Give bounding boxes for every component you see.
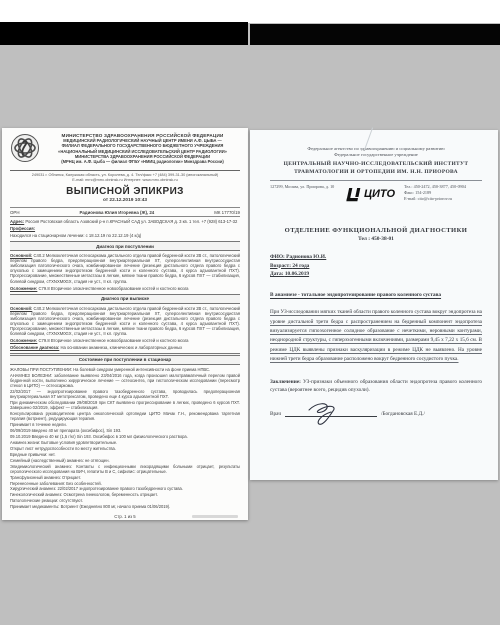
patient-date-line: Дата: 10.06.2019: [270, 270, 482, 278]
discharge-complication: Осложнение: С79.8 Вторичное злокачествен…: [10, 338, 240, 343]
complication-label: Осложнение:: [10, 286, 37, 291]
state-line: Вредные привычки: нет.: [10, 452, 240, 457]
fine-print-smudge: [192, 515, 238, 518]
doctor-name: /Богдановская Е.Д./: [381, 411, 425, 417]
record-number: МК 17770/19: [214, 210, 240, 215]
state-line: Принимает медикаменты: Вотриент (Ежеднев…: [10, 504, 240, 509]
patient-age-line: Возраст: 24 года: [270, 262, 482, 270]
left-doc-header: МИНИСТЕРСТВО ЗДРАВООХРАНЕНИЯ РОССИЙСКОЙ …: [10, 133, 240, 168]
agency-line-2: Федеральное государственное учреждение: [270, 152, 482, 158]
state-line: 09.10.2019 Введено 40 мг (1,5 г/кг) Sin …: [10, 434, 240, 439]
admission-main-diagnosis: Основной: С40.2 Мелкоклеточная остеосарк…: [10, 253, 240, 283]
profession-line: Профессия:: [10, 226, 240, 231]
justification-label: Обоснование диагноза:: [10, 345, 59, 350]
main-text: С40.2 Мелкоклеточная остеосаркома дистал…: [10, 253, 240, 283]
fio-value: Радионова Ю.И.: [286, 254, 326, 260]
cito-logo-icon: ЦИТО: [342, 184, 404, 211]
section-discharge-diagnosis: Диагноз при выписке: [10, 294, 240, 304]
org-line: (МРНЦ им. А.Ф. Цыба — филиал ФГБУ «НМИЦ …: [45, 159, 240, 164]
patient-info: ФИО: Радионова Ю.И. Возраст: 24 года Дат…: [270, 253, 482, 278]
handwritten-signature-icon: [303, 400, 363, 426]
age-value: 24 года: [292, 263, 309, 269]
state-line: АНАМНЕЗ БОЛЕЗНИ: заболевание выявлено 23…: [10, 373, 240, 388]
page-footer: Стр. 1 из 5: [10, 514, 240, 519]
letterhead-rule: [10, 170, 240, 171]
section-admission-state: Состояние при поступлении в стационар: [10, 353, 240, 365]
department-title: ОТДЕЛЕНИЕ ФУНКЦИОНАЛЬНОЙ ДИАГНОСТИКИ: [270, 227, 482, 234]
top-white-strip: [0, 0, 500, 23]
scan-black-bar-right: [250, 24, 500, 45]
state-line: Перенесенные заболевания: Без особенност…: [10, 481, 240, 486]
patient-fio-line: ФИО: Радионова Ю.И.: [270, 253, 482, 261]
date-value: 10.06.2019: [285, 271, 309, 277]
state-line: Эпидемиологический анамнез: Контакты с и…: [10, 464, 240, 474]
scan-black-bar-left: [0, 22, 248, 45]
institute-rule: [270, 180, 482, 181]
department-phone: Тел : 450-38-01: [270, 236, 482, 242]
state-line: Семейный (наследственный) анамнез: не от…: [10, 458, 240, 463]
state-line: 22/02/2017 — эндопротезирование правого …: [10, 389, 240, 399]
complication-label: Осложнение:: [10, 338, 37, 343]
discharge-main-diagnosis: Основной: С40.2 Мелкоклеточная остеосарк…: [10, 306, 240, 336]
contact-row: 127299, Москва, ул. Приорова, д. 10 ЦИТО…: [270, 184, 482, 211]
patient-row: ОРН Радионова Юлия Игоревна (Ж), 24 МК 1…: [10, 207, 240, 217]
radiology-center-emblem-icon: [10, 133, 40, 168]
anamnesis-line: В анамнезе - тотальное эндопротезировани…: [270, 292, 482, 298]
cito-ultrasound-report-page: Федеральное агентство по здравоохранению…: [250, 130, 498, 480]
patient-name: Радионова Юлия Игоревна (Ж), 24: [79, 210, 154, 215]
doctor-label: Врач: [270, 411, 281, 417]
document-title: ВЫПИСНОЙ ЭПИКРИЗ: [10, 186, 240, 197]
state-line: Патологические реакции: отсутствуют.: [10, 498, 240, 503]
institute-contacts: Тел.: 450-2472, 450-3877, 450-0904 Факс:…: [404, 184, 482, 202]
signature-row: Врач /Богдановская Е.Д./: [270, 408, 482, 417]
state-line: Анамнез жизни: Бытовые условия удовлетво…: [10, 440, 240, 445]
org-lines: МЕДИЦИНСКИЙ РАДИОЛОГИЧЕСКИЙ НАУЧНЫЙ ЦЕНТ…: [45, 138, 240, 165]
stay-line: Находился на стационарном лечении: с 18.…: [10, 233, 240, 238]
profession-label: Профессия:: [10, 226, 35, 231]
svg-text:ЦИТО: ЦИТО: [364, 188, 396, 200]
left-doc-letterhead: МИНИСТЕРСТВО ЗДРАВООХРАНЕНИЯ РОССИЙСКОЙ …: [45, 133, 240, 165]
diagnosis-justification: Обоснование диагноза: На основании анамн…: [10, 345, 240, 350]
signature-line: [285, 408, 377, 417]
state-line: Хирургический анамнез: 22/02/2017 эндопр…: [10, 486, 240, 491]
section-admission-diagnosis: Диагноз при поступлении: [10, 241, 240, 251]
state-line: При динамическом обследовании 29/08/2019…: [10, 400, 240, 410]
org-email-line: E-mail: mrrc@mrrc.obninsk.ru Интернет: w…: [10, 178, 240, 183]
fio-label: ФИО:: [270, 254, 285, 260]
admission-complication: Осложнение: С79.8 Вторичное злокачествен…: [10, 286, 240, 291]
screenshot-root: МИНИСТЕРСТВО ЗДРАВООХРАНЕНИЯ РОССИЙСКОЙ …: [0, 0, 500, 625]
conclusion: Заключение: УЗ-признаки объемного образо…: [270, 378, 482, 395]
institute-email: E-mail: cito@cito-priorov.ru: [404, 196, 482, 202]
ultrasound-findings: При УЗ-исследовании мягких тканей област…: [270, 308, 482, 364]
address-label: Адрес:: [10, 219, 24, 224]
discharge-epicrisis-page: МИНИСТЕРСТВО ЗДРАВООХРАНЕНИЯ РОССИЙСКОЙ …: [2, 128, 248, 520]
conclusion-text: УЗ-признаки объемного образования област…: [270, 379, 482, 393]
admission-state-lines: ЖАЛОБЫ ПРИ ПОСТУПЛЕНИИ: На болевой синдр…: [10, 367, 240, 510]
complication-text: С79.8 Вторичное злокачественное новообра…: [39, 338, 189, 343]
state-line: Консультирована руководителем центра онк…: [10, 411, 240, 421]
state-line: Принимает в течение недели.: [10, 422, 240, 427]
date-label: Дата:: [270, 271, 283, 277]
institute-address: 127299, Москва, ул. Приорова, д. 10: [270, 184, 342, 189]
institute-name: ЦЕНТРАЛЬНЫЙ НАУЧНО-ИССЛЕДОВАТЕЛЬСКИЙ ИНС…: [270, 161, 482, 176]
state-line: ЖАЛОБЫ ПРИ ПОСТУПЛЕНИИ: На болевой синдр…: [10, 367, 240, 372]
page-number: Стр. 1 из 5: [114, 514, 135, 519]
org-line: ФИЛИАЛ ФЕДЕРАЛЬНОГО ГОСУДАРСТВЕННОГО БЮД…: [45, 143, 240, 148]
complication-text: С79.8 Вторичное злокачественное новообра…: [39, 286, 189, 291]
state-line: Открыт лист нетрудоспособности по месту …: [10, 446, 240, 451]
main-text: С40.2 Мелкоклеточная остеосаркома дистал…: [10, 306, 240, 336]
state-line: Трансфузионный анамнез: Отрицает.: [10, 475, 240, 480]
state-line: Гинекологический анамнез: Осмотрена гине…: [10, 492, 240, 497]
address-value: Россия Ростовская область Азовский р-н п…: [25, 219, 237, 224]
document-date: от 22.12.2019 10:43: [10, 198, 240, 203]
conclusion-label: Заключение:: [270, 379, 301, 385]
state-line: 06/09/2019 введено 40 мг препарата (окси…: [10, 428, 240, 433]
patient-address: Адрес: Россия Ростовская область Азовски…: [10, 219, 240, 224]
age-label: Возраст:: [270, 263, 291, 269]
dept-code: ОРН: [10, 210, 20, 215]
justification-text: На основании анамнеза, клинических и лаб…: [60, 345, 182, 350]
